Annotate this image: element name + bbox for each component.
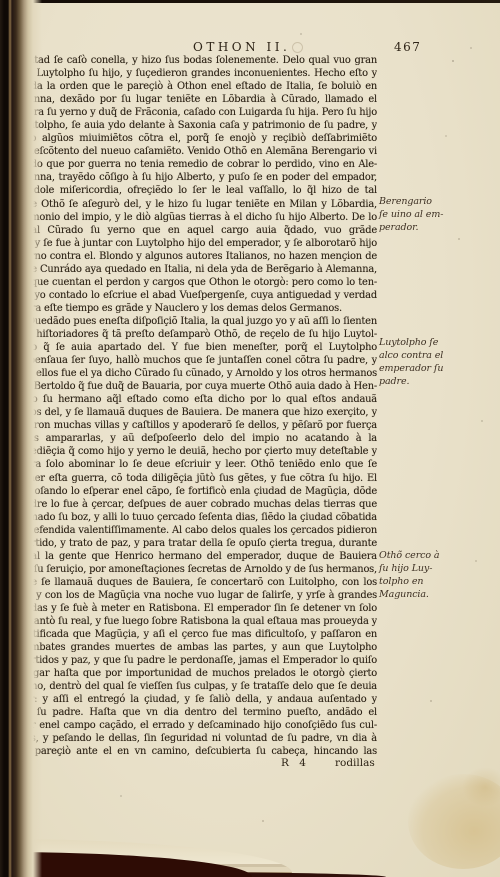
margin-note: Berengarioſe uino al em-perador. [379,195,475,234]
body-line: yerno contra el. Blondo y algunos autore… [19,250,377,263]
body-line: que Othõ ſe aſegurò del, y le hizo ſu lu… [19,198,377,211]
body-line: mas ampararlas, y aũ deſpoſeerlo delo de… [19,432,377,445]
body-line: padre lo fue à çercar, deſpues de auer c… [19,498,377,511]
margin-note-line: Berengario [379,195,475,208]
body-line: no oſando lo eſperar enel cãpo, ſe forti… [19,485,377,498]
page-number: 467 [394,40,421,54]
body-line: endo que por guerra no tenia remedio de … [19,158,377,171]
body-line: dor enel campo caçãdo, el errado y deſca… [19,719,377,732]
body-line: tener eſta guerra, cõ toda diligẽçia jũt… [19,472,377,485]
gathering-signature: R 4 [281,757,306,769]
body-line: tomado ſu boz, y alli lo tuuo çercado ſe… [19,511,377,524]
body-line: para eſte tiempo es grãde y Nauclero y l… [19,302,377,315]
body-line: y defendida valentiſſimamente. Al cabo d… [19,524,377,537]
body-line: leuantò ſu real, y fue luego ſobre Ratis… [19,615,377,628]
margin-note-line: emperador ſu [379,362,475,375]
margin-note-line: alco contra el [379,349,475,362]
body-line: combates grandes muertes de ambas las pa… [19,641,377,654]
scan-top-edge [0,0,500,3]
body-line: Quedãdo pues eneſta diſpoſiçiõ Italia, l… [19,315,377,328]
paper-stain [462,767,500,807]
body-line: de Bertoldo q̃ fue duq̃ de Bauaria, por … [19,380,377,393]
book-gutter-shadow [0,0,42,877]
body-line: partido, y trato de paz, y para tratar d… [19,537,377,550]
book-page-scan: OTHON II. 467 luntad ſe caſò conella, y … [0,0,500,877]
body-line: pho q̃ ſe auia apartado del. Y fue bien … [19,341,377,354]
body-line: los hiſtoriadores q̃ tã preſto deſamparò… [19,328,377,341]
body-line: rico ſu hermano aq̃l eſtado como eſta di… [19,393,377,406]
body-line: en ſu ſeruiçio, por amoneſtaçiones ſecre… [19,563,377,576]
body-line: qual Cũrado ſu yerno que en aquel cargo … [19,224,377,237]
margin-note: Othõ cerco àſu hijo Luy-tolpho enMagunci… [379,549,475,601]
body-line: que ſe llamauã duques de Bauiera, ſe con… [19,576,377,589]
running-title: OTHON II. [193,40,290,54]
catchword: rodillas [335,757,375,769]
body-line: dada la orden que le pareçiò à Othon ene… [19,80,377,93]
body-line: luntad ſe caſò conella, y hizo ſus bodas… [19,54,377,67]
body-line: torgar haſta que por importunidad de muc… [19,667,377,680]
ink-ghost-mark [292,42,303,53]
body-line: que Cunrádo aya quedado en Italia, ni de… [19,263,377,276]
signature-line: R 4 rodillas [19,757,377,770]
body-line: mino, dentrò del qual ſe vieſſen ſus cul… [19,680,377,693]
body-line: partidos y paz, y que ſu padre le perdon… [19,654,377,667]
margin-note-line: ſe uino al em- [379,208,475,221]
body-line: trimonio del impio, y le diò algũas tier… [19,211,377,224]
body-line: les y con los de Magũçia vna noche vuo l… [19,589,377,602]
body-line: q̃ penſaua ſer ſuyo, hallò muchos que ſe… [19,354,377,367]
body-line: qual la gente que Henrico hermano del em… [19,550,377,563]
body-text: luntad ſe caſò conella, y hizo ſus bodas… [19,54,377,759]
body-line: pas, y peſando le dellas, ſin ſeguridad … [19,732,377,745]
body-line: zer: y aſſi el entregó la çiudad, y ſe ſ… [19,693,377,706]
body-line: de ſu padre. Haſta que vn dia dentro del… [19,706,377,719]
body-line: aũque cuentan el perdon y cargos que Oth… [19,276,377,289]
body-line: manna, dexãdo por ſu lugar teniẽte en Lõ… [19,93,377,106]
body-line: para ſolo abominar lo ſe deue eſcriuir y… [19,458,377,471]
body-line: nadas y ſe fuè à meter en Ratisbona. El … [19,602,377,615]
margin-note-line: Maguncia. [379,588,475,601]
body-line: ſar Luytolpho ſu hijo, y ſuçedieron gran… [19,67,377,80]
body-line: manna, trayẽdo cõſigo à ſu hijo Alberto,… [19,171,377,184]
body-line: tre ellos fue el ya dicho Cũrado ſu cũna… [19,367,377,380]
body-line: y deſcõtento del nueuo caſamiẽto. Venido… [19,145,377,158]
margin-note-line: Luytolpho ſe [379,336,475,349]
body-line: obediẽçia q̃ como hijo y yerno le deuiã,… [19,445,377,458]
body-line: maron muchas villas y caſtillos y apoder… [19,419,377,432]
margin-note-line: padre. [379,375,475,388]
margin-note: Luytolpho ſealco contra elemperador ſupa… [379,336,475,388]
body-line: diẽdole miſericordia, ofreçiẽdo lo ſer l… [19,184,377,197]
body-line: cho algũos miuimiẽtos cõtra el, porq̃ ſe… [19,132,377,145]
body-line: go yo contado lo eſcriue el abad Vueſper… [19,289,377,302]
margin-note-line: ſu hijo Luy- [379,562,475,575]
margin-note-line: tolpho en [379,575,475,588]
body-line: ados del, y ſe llamauã duques de Bauiera… [19,406,377,419]
body-line: to, y ſe fue à juntar con Luytolpho hijo… [19,237,377,250]
body-line: q̃ era ſu yerno y duq̃ de Frãconia, caſa… [19,106,377,119]
margin-note-line: perador. [379,221,475,234]
margin-note-line: Othõ cerco à [379,549,475,562]
body-line: fortificada que Magũçia, y aſi el çerco … [19,628,377,641]
body-line: Luitolpho, ſe auia ydo delante à Saxonia… [19,119,377,132]
